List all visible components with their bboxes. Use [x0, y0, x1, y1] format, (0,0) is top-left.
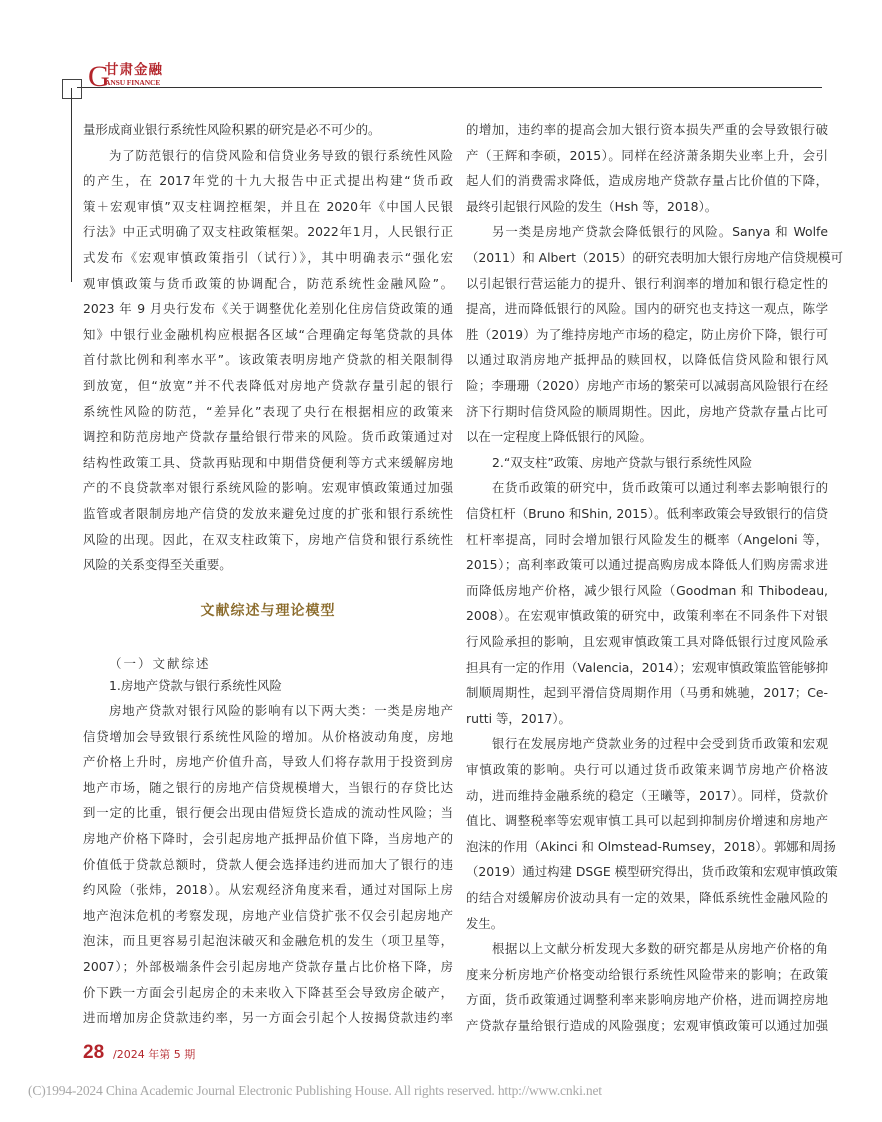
text-line: 结构性政策工具、贷款再贴现和中期借贷便利等方式来缓解房地	[83, 455, 453, 471]
text-line: 房地产贷款对银行风险的影响有以下两大类：一类是房地产	[109, 703, 453, 719]
text-line: 泡沫的作用（Akinci 和 Olmstead-Rumsey，2018）。郭娜和…	[466, 839, 828, 855]
text-line: 以引起银行营运能力的提升、银行利润率的增加和银行稳定性的	[466, 276, 828, 292]
subsection-heading: （一）文献综述	[109, 654, 211, 672]
text-line: 在货币政策的研究中，货币政策可以通过利率去影响银行的	[492, 480, 828, 496]
text-line: 约风险（张炜，2018）。从宏观经济角度来看，通过对国际上房	[83, 882, 453, 898]
text-line: 最终引起银行风险的发生（Hsh 等，2018）。	[466, 199, 828, 215]
text-line: 价值低于贷款总额时，贷款人便会选择违约进而加大了银行的违	[83, 857, 453, 873]
text-line: 知》中银行业金融机构应根据各区域“合理确定每笔贷款的具体	[83, 327, 453, 343]
text-line: 行风险承担的影响，且宏观审慎政策工具对降低银行过度风险承	[466, 634, 828, 650]
copyright-notice: (C)1994-2024 China Academic Journal Elec…	[28, 1083, 602, 1099]
text-line: 值比、调整税率等宏观审慎工具可以起到抑制房价增速和房地产	[466, 813, 828, 829]
logo-english-name: ANSU FINANCE	[105, 79, 160, 87]
text-line: 地产市场，随之银行的房地产信贷规模增大，当银行的存贷比达	[83, 780, 453, 796]
text-line: 提高，进而降低银行的风险。国内的研究也支持这一观点，陈学	[466, 301, 828, 317]
text-line: 2015）；高利率政策可以通过提高购房成本降低人们购房需求进	[466, 557, 828, 573]
header-rule	[77, 87, 822, 88]
subheading: 2.“双支柱”政策、房地产贷款与银行系统性风险	[492, 455, 828, 471]
text-line: 风险的关系变得至关重要。	[83, 557, 453, 573]
text-line: 根据以上文献分析发现大多数的研究都是从房地产价格的角	[492, 941, 828, 957]
text-line: 胜（2019）为了维持房地产市场的稳定，防止房价下降，银行可	[466, 327, 828, 343]
text-line: 的增加，违约率的提高会加大银行资本损失严重的会导致银行破	[466, 122, 828, 138]
text-line: 的结合对缓解房价波动具有一定的效果，降低系统性金融风险的	[466, 890, 828, 906]
subheading-1: 1.房地产贷款与银行系统性风险	[109, 678, 282, 694]
text-line: 发生。	[466, 916, 828, 932]
text-line: 到放宽，但“放宽”并不代表降低对房地产贷款存量引起的银行	[83, 378, 453, 394]
text-line: 系统性风险的防范，“差异化”表现了央行在根据相应的政策来	[83, 404, 453, 420]
journal-page: G 甘肃金融 ANSU FINANCE 量形成商业银行系统性风险积累的研究是必不…	[0, 0, 882, 1122]
text-line: 地产泡沫危机的考察发现，房地产业信贷扩张不仅会引起房地产	[83, 908, 453, 924]
text-line: 进而增加房企贷款违约率，另一方面会引起个人按揭贷款违约率	[83, 1010, 453, 1026]
text-line: 2008）。在宏观审慎政策的研究中，政策利率在不同条件下对银	[466, 608, 828, 624]
text-line: rutti 等，2017）。	[466, 711, 828, 727]
text-line: （2019）通过构建 DSGE 模型研究得出，货币政策和宏观审慎政策	[466, 864, 828, 880]
text-line: 2007）；外部极端条件会引起房地产贷款存量占比价格下降，房	[83, 959, 453, 975]
text-line: 泡沫，而且更容易引起泡沫破灭和金融危机的发生（项卫星等，	[83, 933, 453, 949]
text-line: 到一定的比重，银行便会出现由借短贷长造成的流动性风险；当	[83, 805, 453, 821]
text-line: 而降低房地产价格，减少银行风险（Goodman 和 Thibodeau,	[466, 583, 828, 599]
text-line: 以在一定程度上降低银行的风险。	[466, 429, 828, 445]
text-line: 产价格上升时，房地产价值升高，导致人们将存款用于投资到房	[83, 754, 453, 770]
text-line: 风险的出现。因此，在双支柱政策下，房地产信贷和银行系统性	[83, 532, 453, 548]
text-line: 制顺周期性，起到平滑信贷周期作用（马勇和姚驰，2017；Ce-	[466, 685, 828, 701]
logo-chinese-name: 甘肃金融	[105, 63, 163, 78]
text-line: 杠杆率提高，同时会增加银行风险发生的概率（Angeloni 等，	[466, 532, 828, 548]
text-line: 首付款比例和利率水平”。该政策表明房地产贷款的相关限制得	[83, 352, 453, 368]
text-line: 起人们的消费需求降低，造成房地产贷款存量占比价值的下降，	[466, 173, 828, 189]
text-line: 济下行期时信贷风险的顺周期性。因此，房地产贷款存量占比可	[466, 404, 828, 420]
issue-label: /2024 年第 5 期	[113, 1048, 195, 1062]
text-line: 产贷款存量给银行造成的风险强度；宏观审慎政策可以通过加强	[466, 1018, 828, 1034]
text-line: 以通过取消房地产抵押品的赎回权，以降低信贷风险和银行风	[466, 352, 828, 368]
text-line: 另一类是房地产贷款会降低银行的风险。Sanya 和 Wolfe	[492, 224, 828, 240]
text-line: 度来分析房地产价格变动给银行系统性风险带来的影响；在政策	[466, 967, 828, 983]
text-line: 行法》中正式明确了双支柱政策框架。2022年1月，人民银行正	[83, 224, 453, 240]
text-line: 审慎政策的影响。央行可以通过货币政策来调节房地产价格波	[466, 762, 828, 778]
text-line: 2023 年 9 月央行发布《关于调整优化差别化住房信贷政策的通	[83, 301, 453, 317]
text-line: 险；李珊珊（2020）房地产市场的繁荣可以减弱高风险银行在经	[466, 378, 828, 394]
text-line: 的产生，在 2017年党的十九大报告中正式提出构建“货币政	[83, 173, 453, 189]
section-title: 文献综述与理论模型	[83, 600, 453, 620]
text-line: 银行在发展房地产贷款业务的过程中会受到货币政策和宏观	[492, 736, 828, 752]
page-number: 28	[83, 1043, 104, 1063]
text-line: 方面，货币政策通过调整利率来影响房地产价格，进而调控房地	[466, 992, 828, 1008]
text-line: 产的不良贷款率对银行系统风险的影响。宏观审慎政策通过加强	[83, 480, 453, 496]
left-vertical-rule	[71, 88, 72, 282]
text-line: 策＋宏观审慎”双支柱调控框架，并且在 2020年《中国人民银	[83, 199, 453, 215]
text-line: 观审慎政策与货币政策的协调配合，防范系统性金融风险”。	[83, 276, 453, 292]
corner-square-ornament	[62, 79, 82, 99]
text-line: 信贷增加会导致银行系统性风险的增加。从价格波动角度，房地	[83, 729, 453, 745]
text-line: 量形成商业银行系统性风险积累的研究是必不可少的。	[83, 122, 453, 138]
text-line: 信贷杠杆（Bruno 和Shin, 2015）。低利率政策会导致银行的信贷	[466, 506, 828, 522]
text-line: （2011）和 Albert（2015）的研究表明加大银行房地产信贷规模可	[466, 250, 828, 266]
text-line: 式发布《宏观审慎政策指引（试行）》，其中明确表示“强化宏	[83, 250, 453, 266]
text-line: 监管或者限制房地产信贷的发放来避免过度的扩张和银行系统性	[83, 506, 453, 522]
text-line: 调控和防范房地产贷款存量给银行带来的风险。货币政策通过对	[83, 429, 453, 445]
text-line: 产（王辉和李硕，2015）。同样在经济萧条期失业率上升，会引	[466, 148, 828, 164]
text-line: 担具有一定的作用（Valencia，2014）；宏观审慎政策监管能够抑	[466, 660, 828, 676]
text-line: 价下跌一方面会引起房企的未来收入下降甚至会导致房企破产，	[83, 985, 453, 1001]
text-line: 房地产价格下降时，会引起房地产抵押品价值下降，当房地产的	[83, 831, 453, 847]
text-line: 动，进而维持金融系统的稳定（王曦等，2017）。同样，贷款价	[466, 788, 828, 804]
text-line: 为了防范银行的信贷风险和信贷业务导致的银行系统性风险	[109, 148, 453, 164]
